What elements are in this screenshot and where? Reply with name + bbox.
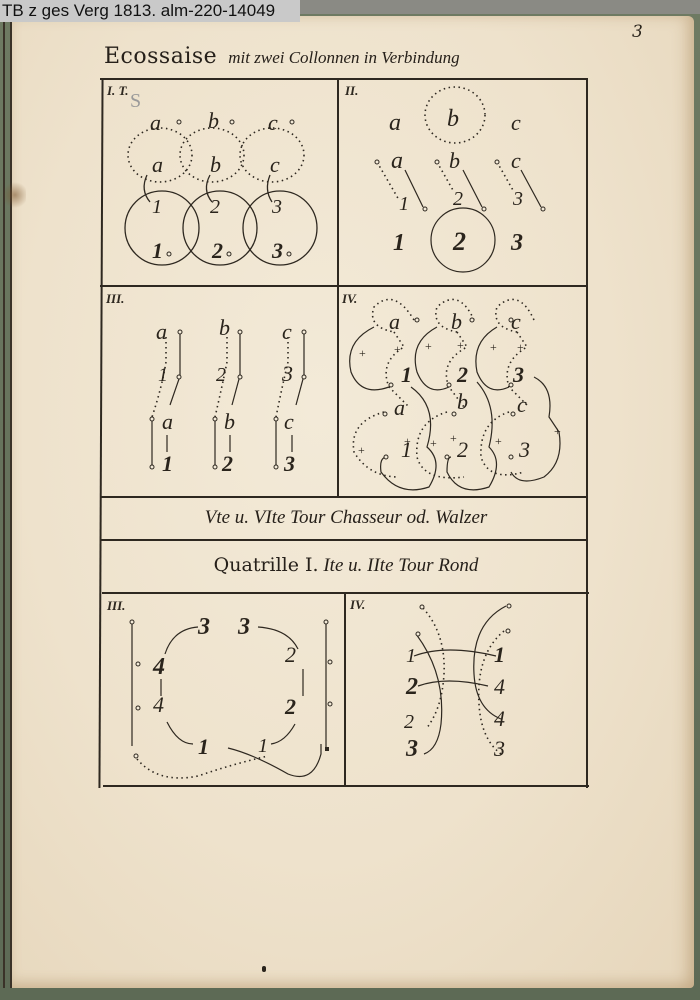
svg-text:2: 2 — [456, 362, 468, 387]
svg-text:2: 2 — [284, 694, 296, 719]
svg-text:1: 1 — [158, 364, 168, 386]
svg-text:2: 2 — [457, 437, 468, 462]
svg-text:3: 3 — [405, 736, 418, 762]
svg-text:c: c — [268, 110, 278, 135]
frame-bottom — [103, 785, 589, 787]
svg-text:+: + — [554, 424, 561, 438]
svg-text:2: 2 — [452, 227, 466, 256]
svg-text:a: a — [394, 395, 405, 420]
banner-walzer: Vte u. VIte Tour Chasseur od. Walzer — [103, 507, 589, 529]
figure-ecossaise-1: a b c a b c 1 2 3 1 2 3 — [102, 80, 337, 285]
svg-text:3: 3 — [493, 736, 505, 761]
svg-text:b: b — [449, 148, 460, 173]
svg-text:1: 1 — [198, 734, 209, 759]
svg-text:+: + — [490, 340, 497, 354]
svg-text:b: b — [447, 106, 459, 132]
figure-quatrille-4: 1 2 2 3 1 4 4 3 — [346, 594, 589, 785]
letter: a — [150, 110, 161, 135]
image-caption: TB z ges Verg 1813. alm-220-14049 — [0, 0, 300, 22]
svg-text:1: 1 — [399, 193, 409, 215]
svg-text:a: a — [389, 110, 401, 136]
svg-text:b: b — [451, 309, 462, 334]
quatrille-subtitle: Ite u. IIte Tour Rond — [323, 555, 478, 576]
svg-text:b: b — [219, 315, 230, 340]
svg-text:3: 3 — [512, 188, 523, 210]
quatrille-title: Quatrille I. — [214, 554, 319, 576]
svg-text:+: + — [394, 342, 401, 356]
svg-text:1: 1 — [401, 362, 412, 387]
spine-line — [10, 16, 12, 988]
svg-text:c: c — [511, 110, 521, 135]
figure-ecossaise-3: a b c 1 2 3 a b c 1 2 3 — [102, 287, 337, 495]
svg-text:2: 2 — [210, 196, 220, 218]
ink-mark — [262, 966, 266, 972]
page-number: 3 — [632, 22, 643, 42]
svg-text:+: + — [457, 338, 464, 352]
svg-text:4: 4 — [152, 654, 165, 680]
svg-text:2: 2 — [221, 451, 233, 476]
svg-text:a: a — [162, 409, 173, 434]
svg-text:1: 1 — [152, 196, 162, 218]
title-main: Ecossaise — [104, 44, 217, 69]
spine-line — [3, 16, 5, 988]
svg-text:+: + — [358, 443, 365, 457]
row-line — [101, 539, 588, 541]
svg-text:1: 1 — [401, 437, 412, 462]
page-title: Ecossaise mit zwei Collonnen in Verbindu… — [104, 44, 584, 69]
svg-text:+: + — [359, 346, 366, 360]
svg-text:3: 3 — [281, 361, 293, 386]
svg-text:3: 3 — [283, 451, 295, 476]
svg-text:1: 1 — [152, 238, 163, 263]
svg-text:3: 3 — [237, 614, 250, 640]
svg-text:3: 3 — [271, 196, 282, 218]
svg-text:a: a — [152, 152, 163, 177]
svg-text:2: 2 — [404, 711, 414, 733]
svg-text:3: 3 — [271, 238, 283, 263]
svg-text:4: 4 — [494, 706, 505, 731]
svg-text:1: 1 — [393, 230, 405, 256]
svg-text:a: a — [156, 319, 167, 344]
svg-text:1: 1 — [494, 642, 505, 667]
svg-text:+: + — [425, 339, 432, 353]
svg-text:b: b — [210, 152, 221, 177]
svg-text:c: c — [517, 392, 527, 417]
figure-ecossaise-2: a b c a b c 1 2 3 1 2 3 — [339, 80, 586, 285]
svg-text:1: 1 — [258, 735, 268, 757]
svg-text:c: c — [284, 409, 294, 434]
svg-text:+: + — [495, 434, 502, 448]
svg-text:b: b — [208, 108, 219, 133]
svg-text:b: b — [457, 389, 468, 414]
paper-stain — [4, 180, 26, 210]
svg-text:3: 3 — [510, 230, 523, 256]
svg-text:3: 3 — [518, 437, 530, 462]
svg-text:1: 1 — [162, 451, 173, 476]
svg-text:2: 2 — [285, 642, 296, 667]
svg-text:2: 2 — [405, 674, 418, 700]
svg-text:4: 4 — [153, 692, 164, 717]
svg-text:a: a — [389, 309, 400, 334]
svg-text:2: 2 — [211, 238, 223, 263]
row-line — [101, 496, 588, 498]
svg-text:b: b — [224, 409, 235, 434]
svg-text:c: c — [511, 148, 521, 173]
banner-quatrille: Quatrille I. Ite u. IIte Tour Rond — [103, 554, 589, 577]
figure-ecossaise-4: ++ ++ ++ ++ ++ ++ a b c 1 2 3 a b c 1 2 … — [339, 287, 586, 495]
svg-text:c: c — [270, 152, 280, 177]
svg-text:2: 2 — [453, 188, 463, 210]
svg-text:a: a — [391, 148, 403, 174]
svg-text:3: 3 — [197, 614, 210, 640]
svg-text:+: + — [517, 340, 524, 354]
svg-text:+: + — [430, 436, 437, 450]
svg-text:1: 1 — [406, 645, 416, 667]
title-sub: mit zwei Collonnen in Verbindung — [228, 48, 459, 67]
figure-quatrille-3: 3 3 2 2 1 1 4 4 — [103, 594, 344, 785]
svg-text:+: + — [450, 431, 457, 445]
svg-text:3: 3 — [512, 362, 524, 387]
svg-text:4: 4 — [494, 674, 505, 699]
svg-text:c: c — [511, 309, 521, 334]
svg-text:c: c — [282, 319, 292, 344]
svg-text:2: 2 — [216, 364, 226, 386]
